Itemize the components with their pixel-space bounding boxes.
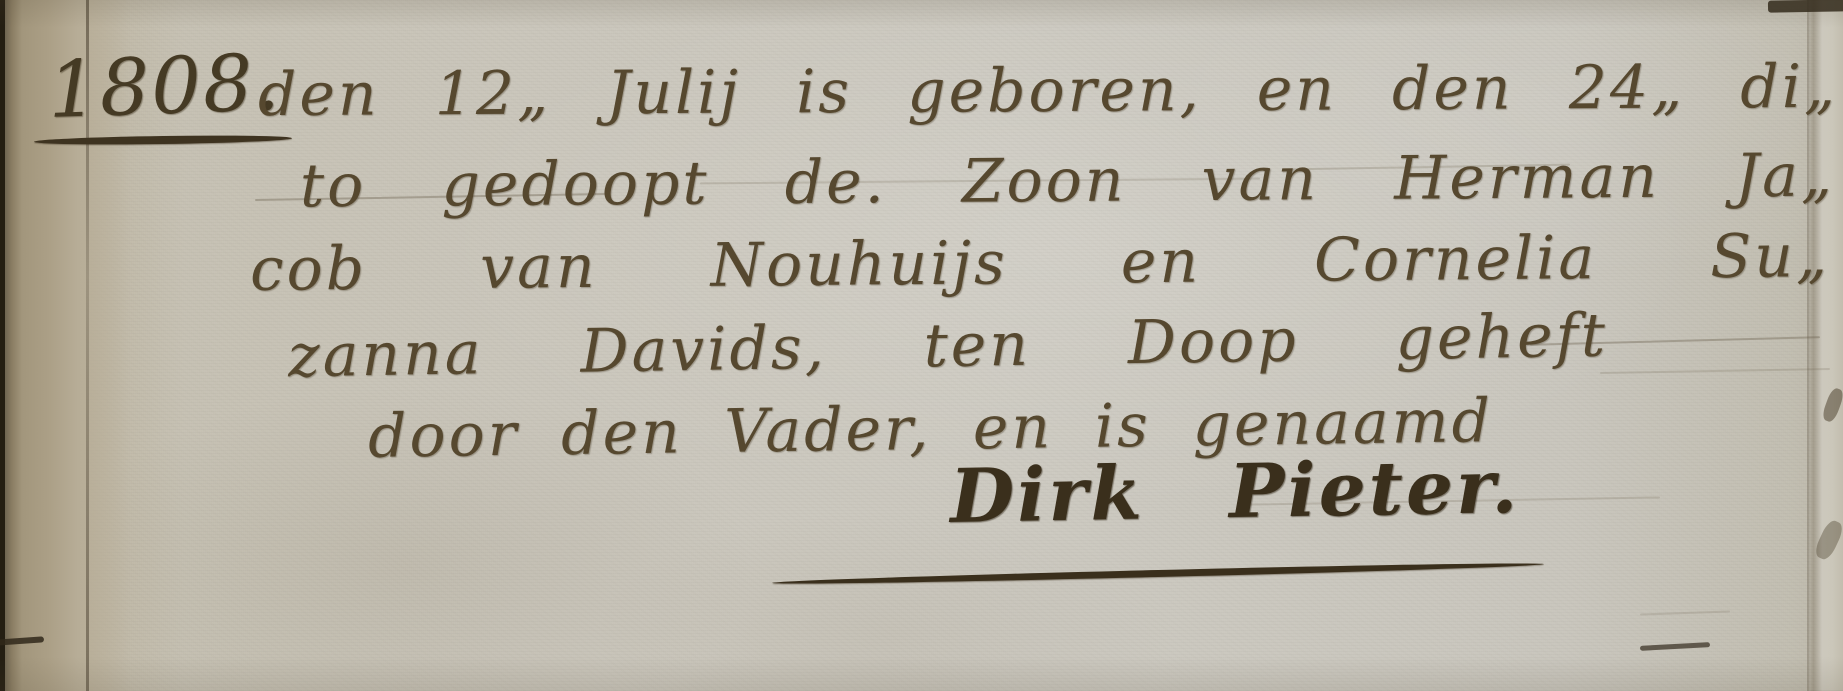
entry-line-1: den 12„ Julij is geboren, en den 24„ di„ bbox=[258, 54, 1838, 128]
child-name: Dirk Pieter. bbox=[949, 447, 1520, 538]
entry-line-2: to gedoopt de. Zoon van Herman Ja„ bbox=[300, 143, 1835, 220]
register-page-scan: 1808. den 12„ Julij is geboren, en den 2… bbox=[0, 0, 1843, 691]
ink-mark-top-right bbox=[1768, 0, 1843, 13]
entry-line-3: cob van Nouhuijs en Cornelia Su„ bbox=[250, 223, 1831, 303]
ruled-guide-line bbox=[1600, 368, 1830, 374]
ink-mark-bottom-right bbox=[1640, 642, 1710, 651]
entry-year: 1808. bbox=[47, 38, 283, 136]
name-underline bbox=[772, 561, 1544, 587]
ruled-guide-line bbox=[1640, 610, 1730, 615]
entry-line-4: zanna Davids, ten Doop geheft bbox=[288, 303, 1609, 390]
